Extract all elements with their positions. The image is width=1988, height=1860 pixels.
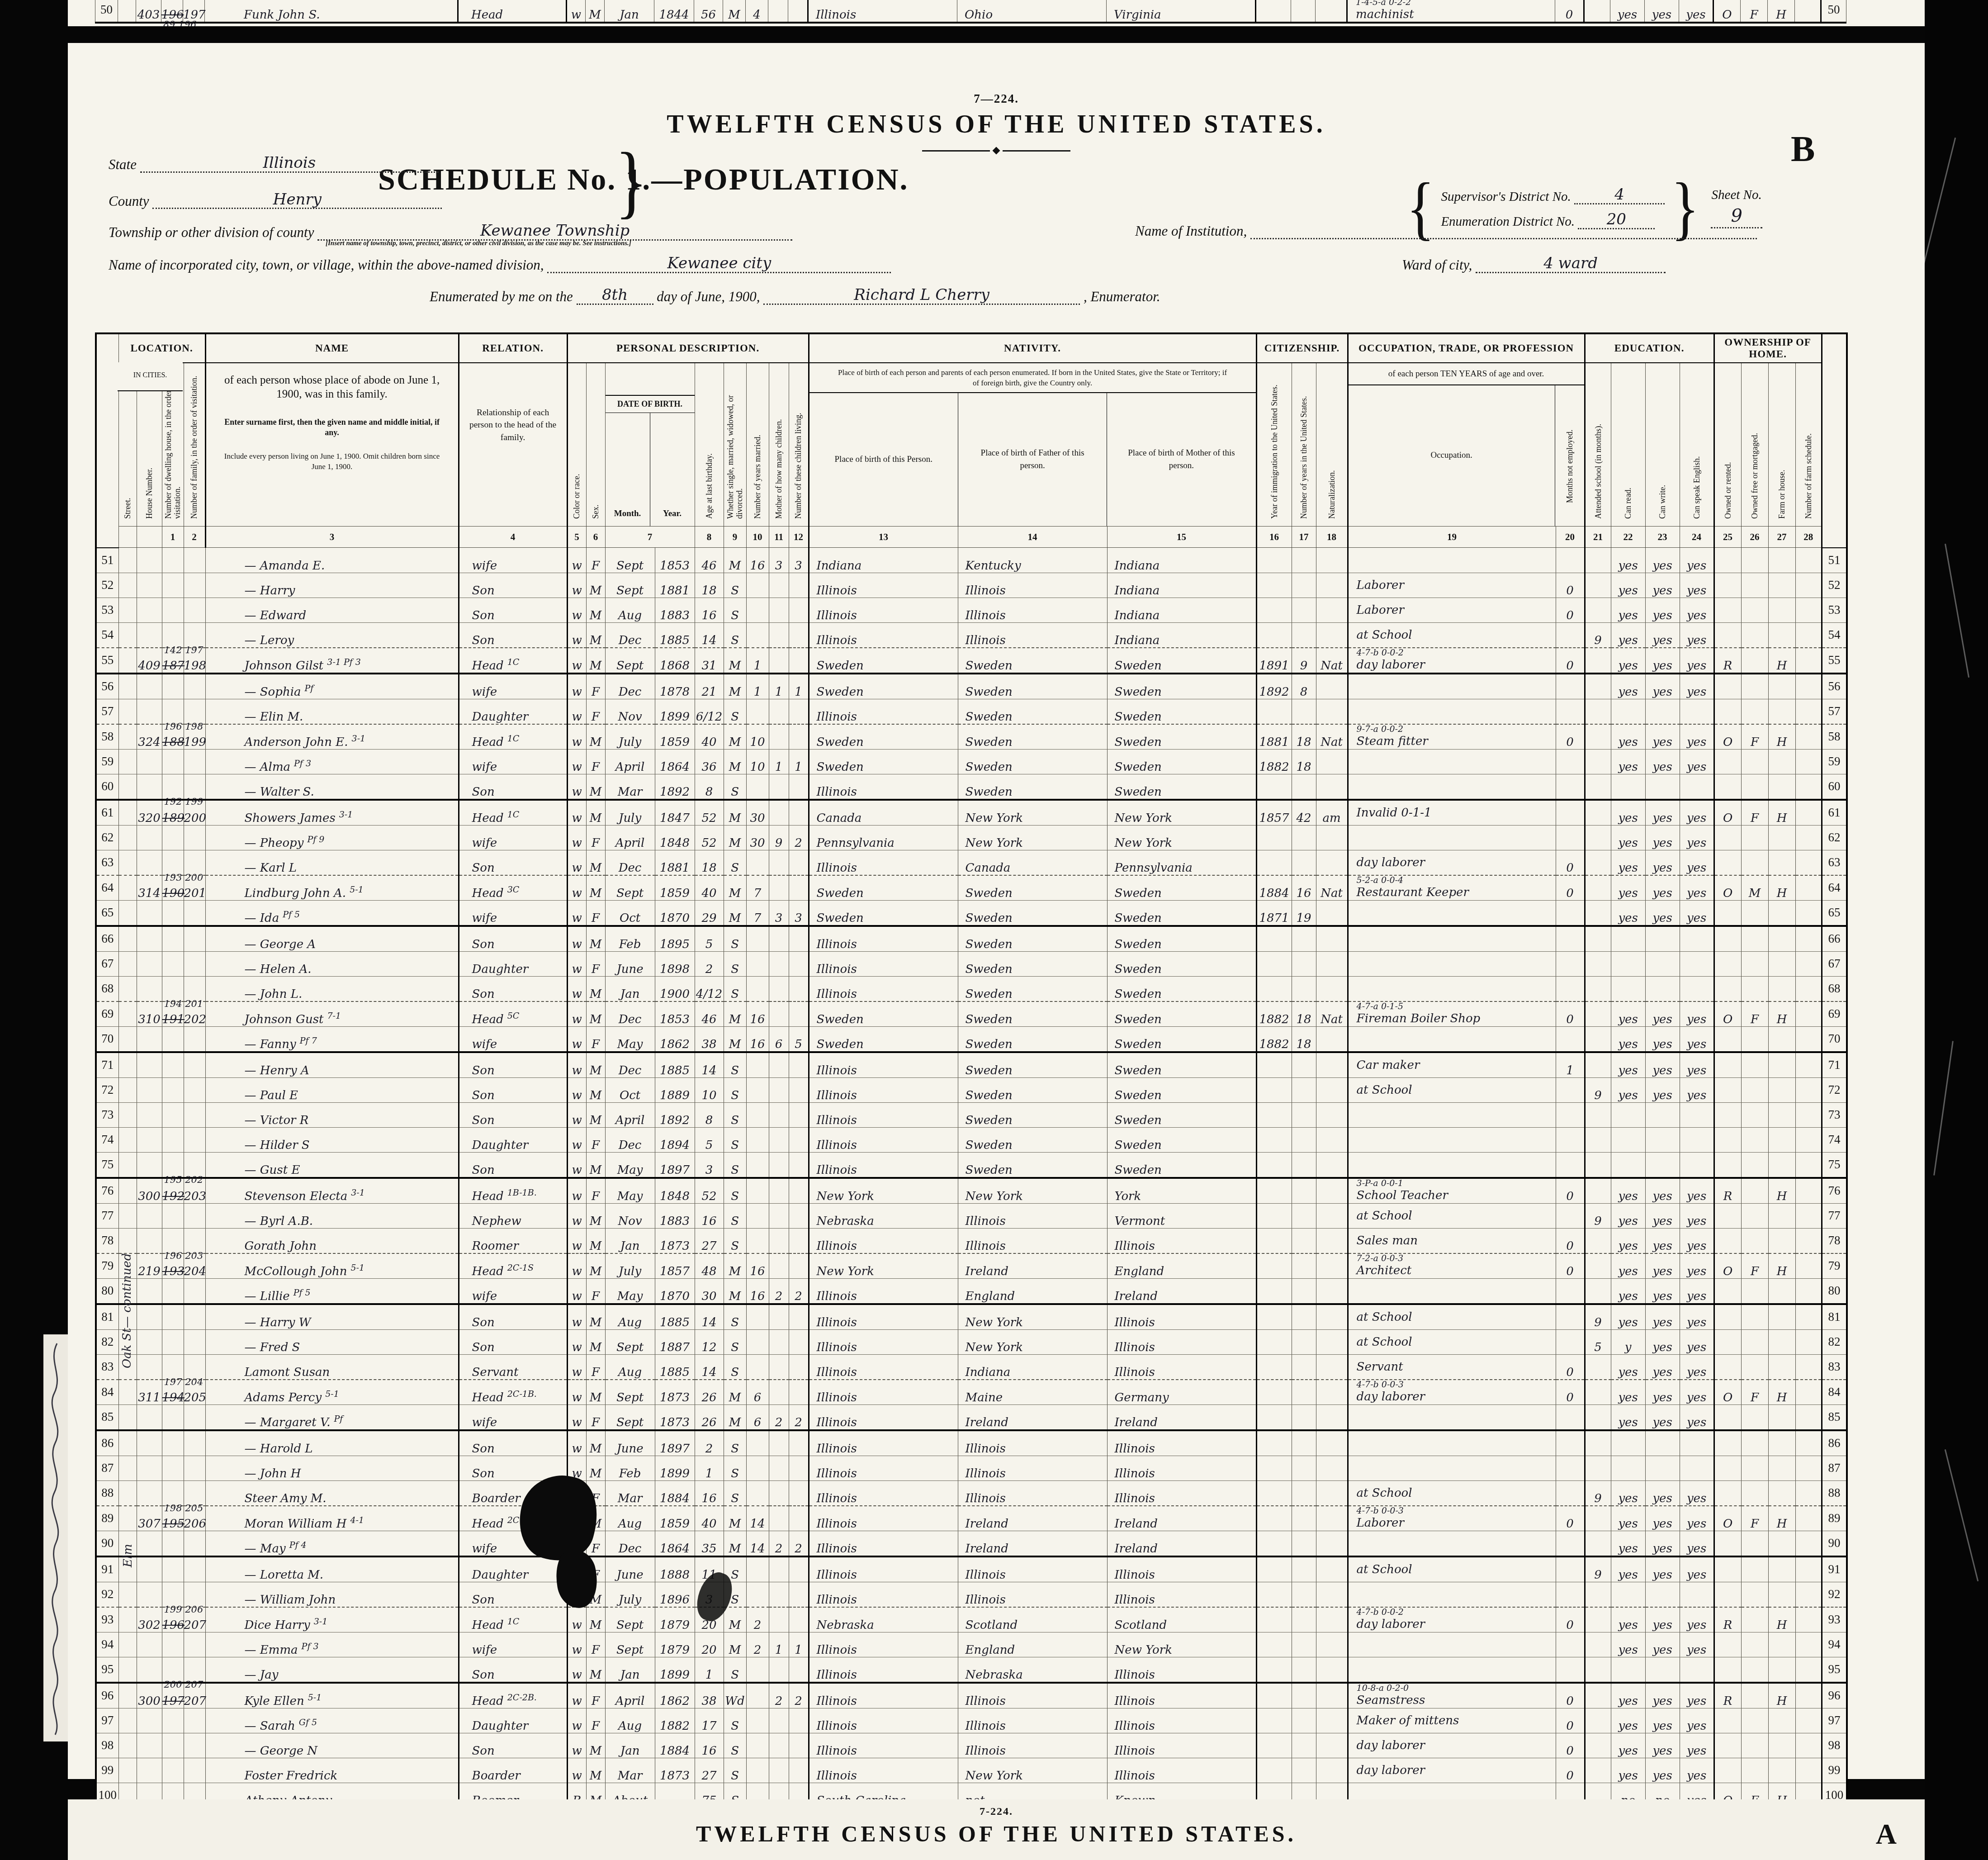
cell-children-living: [789, 1556, 809, 1582]
cell-children-living: [789, 724, 809, 750]
cell-can-write: yes: [1645, 1632, 1680, 1657]
row-number-right: 99: [1822, 1758, 1847, 1783]
cell-owned-rented: O: [1714, 1001, 1741, 1027]
cell-school-months: [1585, 1152, 1611, 1178]
cell-birthplace-person: Illinois: [809, 1632, 958, 1657]
cell-street: [118, 598, 137, 622]
cell-can-speak-english: yes: [1680, 1228, 1714, 1253]
colnum-4: 4: [459, 527, 567, 548]
cell-marital-status: S: [724, 1354, 746, 1380]
cell-owned-free-mortgaged: [1741, 1531, 1768, 1556]
cell-name: Steer Amy M.: [205, 1480, 459, 1506]
cell-birthplace-father: New York: [958, 1304, 1107, 1330]
cell-naturalization: [1316, 850, 1348, 875]
previous-sheet-row-table: 5040389 196196197Funk John S.HeadwMJan18…: [95, 0, 1846, 24]
cell-farm-house: H: [1768, 1001, 1795, 1027]
cell-birth-year: 1885: [655, 1304, 695, 1330]
cell-birth-month: July: [605, 1253, 655, 1279]
cell-farm-house: [1768, 1708, 1795, 1733]
cell-birthplace-mother: Indiana: [1107, 548, 1256, 573]
cell-naturalization: [1316, 1329, 1348, 1354]
cell-birth-year: 1862: [655, 1026, 695, 1052]
cell-naturalization: [1316, 1657, 1348, 1683]
next-sheet-letter: A: [1876, 1817, 1897, 1851]
cell-age: 52: [695, 825, 724, 850]
cell-mother-of-children: 6: [769, 1026, 789, 1052]
cell-marital-status: M: [724, 825, 746, 850]
cell-birth-year: 1883: [655, 1203, 695, 1228]
cell-owned-rented: O: [1714, 724, 1741, 750]
cell-naturalization: [1316, 1480, 1348, 1506]
cell-dwelling-number: 193 200: [162, 850, 184, 875]
cell-birthplace-person: Illinois: [809, 1077, 958, 1102]
cell-marital-status: S: [724, 699, 746, 724]
cell-house-number: [137, 825, 162, 850]
cell-name: — George N: [205, 1733, 459, 1758]
cell-birthplace-person: Illinois: [809, 951, 958, 976]
cell-owned-free-mortgaged: [1741, 774, 1768, 800]
cell-family-number: [184, 1127, 205, 1152]
cell-marital-status: S: [724, 1480, 746, 1506]
cell-name: — Byrl A.B.: [205, 1203, 459, 1228]
cell-relation: Son: [459, 598, 567, 622]
cell-birthplace-mother: Sweden: [1107, 1102, 1256, 1127]
cell-dwelling-number: [162, 951, 184, 976]
cell-can-read: yes: [1611, 1278, 1645, 1304]
cell-children-living: 2: [789, 1404, 809, 1430]
cell-can-speak-english: yes: [1680, 1556, 1714, 1582]
cell-family-number: [184, 1329, 205, 1354]
cell-birth-month: July: [605, 800, 655, 826]
cell-dwelling-number: [162, 674, 184, 699]
cell-farm-house: [1768, 1758, 1795, 1783]
cell-farm-schedule: [1795, 825, 1822, 850]
cell-street: [118, 622, 137, 648]
cell-naturalization: [1316, 926, 1348, 952]
cell-farm-house: [1768, 926, 1795, 952]
cell-relation: Head2C-2B.: [459, 1683, 567, 1708]
cell-years-married: [746, 1354, 769, 1380]
row-number-right: 73: [1822, 1102, 1847, 1127]
cell-family-number: [184, 1203, 205, 1228]
cell-birth-year: 1848: [655, 1178, 695, 1204]
cell-years-married: [746, 699, 769, 724]
cell-dwelling-number: [162, 1404, 184, 1430]
cell-naturalization: [1316, 774, 1348, 800]
cell-age: 1: [695, 1456, 724, 1480]
cell-can-read: yes: [1611, 1178, 1645, 1204]
cell-children-living: [789, 1102, 809, 1127]
cell-can-write: yes: [1645, 1203, 1680, 1228]
cell-birthplace-mother: Illinois: [1107, 1556, 1256, 1582]
cell-birthplace-person: Illinois: [809, 976, 958, 1001]
cell-age: 26: [695, 1380, 724, 1405]
cell-farm-schedule: [1795, 1733, 1822, 1758]
cell-color-race: w: [567, 724, 586, 750]
table-row: 5040389 196196197Funk John S.HeadwMJan18…: [95, 0, 1846, 23]
cell-house-number: [137, 1026, 162, 1052]
cell-can-write: yes: [1645, 1001, 1680, 1027]
cell-house-number: 409: [137, 648, 162, 674]
cell-sex: F: [586, 1026, 605, 1052]
cell-owned-free-mortgaged: [1741, 1228, 1768, 1253]
cell-farm-schedule: [1795, 800, 1822, 826]
cell-street: [118, 699, 137, 724]
cell-age: 2: [695, 1430, 724, 1456]
cell-birth-month: Aug: [605, 598, 655, 622]
cell-occupation: 4-7-b 0-0-2day laborer: [1348, 648, 1556, 674]
cell-can-write: yes: [1645, 749, 1680, 774]
col-immigration-year: Year of immigration to the United States…: [1256, 363, 1292, 527]
colnum-6: 6: [586, 527, 605, 548]
cell-children-living: [789, 1178, 809, 1204]
cell-can-read: yes: [1611, 648, 1645, 674]
cell-house-number: [137, 900, 162, 926]
cell-birth-month: April: [605, 749, 655, 774]
cell-name: — AlmaPf 3: [205, 749, 459, 774]
cell-farm-schedule: [1795, 774, 1822, 800]
cell-birth-year: 1885: [655, 1354, 695, 1380]
table-row: 66— George ASonwMFeb18955SIllinoisSweden…: [96, 926, 1847, 952]
cell-can-speak-english: yes: [1680, 622, 1714, 648]
cell-farm-house: H: [1768, 1683, 1795, 1708]
colnum-1: 1: [162, 527, 184, 548]
cell-farm-house: H: [1768, 875, 1795, 901]
table-row: 93302196207Dice Harry3-1Head1CwMSept1879…: [96, 1607, 1847, 1632]
cell-color-race: w: [567, 1026, 586, 1052]
cell-years-married: [746, 1203, 769, 1228]
cell-can-write: yes: [1645, 724, 1680, 750]
cell-street: [118, 648, 137, 674]
cell-birth-month: Dec: [605, 622, 655, 648]
table-row: 54142 197— LeroySonwMDec188514SIllinoisI…: [96, 622, 1847, 648]
cell-street: [118, 724, 137, 750]
row-number-left: 99: [96, 1758, 118, 1783]
cell-mother-of-children: [769, 699, 789, 724]
cell-immigration-year: [1256, 1404, 1292, 1430]
cell-birthplace-person: Illinois: [809, 1380, 958, 1405]
cell-occupation: 9-7-a 0-0-2Steam fitter: [1348, 724, 1556, 750]
cell-owned-rented: [1714, 1052, 1741, 1078]
cell-children-living: [789, 1203, 809, 1228]
cell-months-unemployed: 0: [1556, 1380, 1585, 1405]
cell-can-write: yes: [1645, 598, 1680, 622]
cell-years-in-us: [1292, 1354, 1316, 1380]
cell-owned-rented: [1714, 1077, 1741, 1102]
cell-name: — FannyPf 7: [205, 1026, 459, 1052]
cell-sex: M: [586, 800, 605, 826]
table-row: 55409187198Johnson Gilst3-1 Pf 3Head1CwM…: [96, 648, 1847, 674]
cell-birthplace-mother: Vermont: [1107, 1203, 1256, 1228]
cell-birthplace-person: Illinois: [809, 850, 958, 875]
cell-birth-month: Aug: [605, 1506, 655, 1531]
cell-age: 18: [695, 573, 724, 598]
cell-owned-free-mortgaged: [1741, 1278, 1768, 1304]
cell-can-write: [1645, 1152, 1680, 1178]
cell-name: — Jay: [205, 1657, 459, 1683]
row-number-left: 68: [96, 976, 118, 1001]
cell-house-number: [137, 1430, 162, 1456]
table-row: 63193 200— Karl LSonwMDec188118SIllinois…: [96, 850, 1847, 875]
cell-mother-of-children: 2: [769, 1404, 789, 1430]
cell-can-speak-english: yes: [1680, 900, 1714, 926]
cell-relation: Son: [459, 1102, 567, 1127]
cell-farm-schedule: [1795, 926, 1822, 952]
cell-occupation: Invalid 0-1-1: [1348, 800, 1556, 826]
cell-children-living: [789, 1127, 809, 1152]
table-row: 86— Harold LSonwMJune18972SIllinoisIllin…: [96, 1430, 1847, 1456]
table-row: 92199 206— William JohnSonwMJuly18963SIl…: [96, 1582, 1847, 1607]
cell-years-in-us: [1292, 926, 1316, 952]
cell-months-unemployed: 0: [1556, 1354, 1585, 1380]
cell-children-living: [789, 573, 809, 598]
cell-can-read: [1611, 926, 1645, 952]
cell-owned-free-mortgaged: [1741, 1304, 1768, 1330]
cell-can-read: [1611, 976, 1645, 1001]
cell-dwelling-number: [162, 1102, 184, 1127]
cell-children-living: [789, 1430, 809, 1456]
table-row: 58324188199Anderson John E.3-1Head1CwMJu…: [96, 724, 1847, 750]
cell-children-living: 1: [789, 1632, 809, 1657]
row-number-right: 75: [1822, 1152, 1847, 1178]
cell-birth-year: 1892: [655, 774, 695, 800]
cell-owned-rented: [1714, 774, 1741, 800]
cell-farm-house: [1768, 1127, 1795, 1152]
cell-can-read: yes: [1611, 1556, 1645, 1582]
cell-relation: Son: [459, 774, 567, 800]
cell-house-number: 300: [137, 1178, 162, 1204]
cell-farm-schedule: [1795, 1380, 1822, 1405]
cell-children-living: [789, 1506, 809, 1531]
cell-relation: Head5C: [459, 1001, 567, 1027]
cell-immigration-year: [1256, 850, 1292, 875]
cell-months-unemployed: [1556, 548, 1585, 573]
row-number-right: 58: [1822, 724, 1847, 750]
cell-house-number: [137, 951, 162, 976]
cell-color-race: w: [567, 1152, 586, 1178]
cell-birth-month: Mar: [605, 1480, 655, 1506]
cell-name: — IdaPf 5: [205, 900, 459, 926]
row-number-left: 83: [96, 1354, 118, 1380]
cell-family-number: [184, 699, 205, 724]
table-row: 97— SarahGf 5DaughterwFAug188217SIllinoi…: [96, 1708, 1847, 1733]
cell-relation: Head1C: [459, 1607, 567, 1632]
cell-sex: F: [586, 674, 605, 699]
cell-mother-of-children: [769, 1329, 789, 1354]
row-number-left: 56: [96, 674, 118, 699]
cell-school-months: [1585, 548, 1611, 573]
cell-farm-schedule: [1795, 875, 1822, 901]
cell-years-married: 16: [746, 1001, 769, 1027]
cell-color-race: w: [567, 1203, 586, 1228]
cell-age: 27: [695, 1758, 724, 1783]
cell-sex: M: [586, 622, 605, 648]
cell-mother-of-children: 2: [769, 1278, 789, 1304]
cell-family-number: [184, 1278, 205, 1304]
cell-occupation: [1348, 1026, 1556, 1052]
col-sex: Sex.: [586, 363, 605, 527]
cell-owned-rented: [1714, 622, 1741, 648]
state-county-block: State Illinois County Henry }: [109, 155, 442, 228]
cell-school-months: [1585, 573, 1611, 598]
col-farm-house: Farm or house.: [1768, 363, 1795, 527]
cell-birthplace-person: Illinois: [809, 1733, 958, 1758]
cell-years-married: [746, 1304, 769, 1330]
cell-color-race: w: [567, 1607, 586, 1632]
cell-birthplace-mother: Sweden: [1107, 1127, 1256, 1152]
cell-mother-of-children: [769, 1304, 789, 1330]
cell-birthplace-mother: Sweden: [1107, 900, 1256, 926]
row-number-left: 75: [96, 1152, 118, 1178]
cell-color-race: w: [567, 598, 586, 622]
row-number-right: 88: [1822, 1480, 1847, 1506]
cell-house-number: 219: [137, 1253, 162, 1279]
cell-farm-house: [1768, 1657, 1795, 1683]
row-number-right: 97: [1822, 1708, 1847, 1733]
cell-can-speak-english: [1680, 774, 1714, 800]
cell-house-number: [137, 926, 162, 952]
cell-relation: Head2C-1B.: [459, 1380, 567, 1405]
cell-years-married: 7: [746, 900, 769, 926]
row-number-left: 80: [96, 1278, 118, 1304]
next-page-title: TWELFTH CENSUS OF THE UNITED STATES.: [68, 1821, 1925, 1847]
cell-naturalization: [1316, 1506, 1348, 1531]
supervisor-value: 4: [1574, 187, 1665, 204]
cell-relation: Son: [459, 1304, 567, 1330]
cell-house-number: 311: [137, 1380, 162, 1405]
cell-birth-month: Sept: [605, 573, 655, 598]
cell-birthplace-father: Sweden: [958, 1127, 1107, 1152]
cell-family-number: [184, 1531, 205, 1556]
cell-farm-schedule: [1795, 699, 1822, 724]
cell-can-write: yes: [1645, 1253, 1680, 1279]
table-row: 59— AlmaPf 3wifewFApril186436M1011Sweden…: [96, 749, 1847, 774]
cell-can-speak-english: yes: [1680, 749, 1714, 774]
cell-sex: M: [586, 1733, 605, 1758]
cell-color-race: w: [567, 1632, 586, 1657]
cell-relation: Son: [459, 1733, 567, 1758]
cell-birth-month: Dec: [605, 1052, 655, 1078]
cell-owned-rented: [1714, 1758, 1741, 1783]
cell-house-number: [137, 1456, 162, 1480]
cell-age: 4/12: [695, 976, 724, 1001]
cell-months-unemployed: [1556, 1531, 1585, 1556]
cell-can-read: yes: [1611, 1506, 1645, 1531]
cell-dwelling-number: [162, 598, 184, 622]
cell-age: 21: [695, 674, 724, 699]
street-note-elm: Elm: [121, 1377, 135, 1567]
cell-occupation: day laborer: [1348, 850, 1556, 875]
cell-immigration-year: [1256, 825, 1292, 850]
cell-birth-year: 1897: [655, 1152, 695, 1178]
cell-immigration-year: [1256, 1253, 1292, 1279]
cell-farm-schedule: [1795, 1404, 1822, 1430]
cell-occupation: [1348, 1127, 1556, 1152]
cell-birthplace-person: Illinois: [809, 1278, 958, 1304]
cell-can-read: yes: [1611, 1480, 1645, 1506]
row-number-header-right: [1822, 333, 1847, 548]
cell-months-unemployed: [1556, 1582, 1585, 1607]
cell-owned-rented: [1714, 674, 1741, 699]
cell-house-number: [137, 1531, 162, 1556]
cell-school-months: [1585, 1380, 1611, 1405]
cell-age: 38: [695, 1026, 724, 1052]
cell-can-write: yes: [1645, 875, 1680, 901]
cell-birthplace-person: Pennsylvania: [809, 825, 958, 850]
cell-birthplace-mother: Sweden: [1107, 951, 1256, 976]
cell-owned-rented: [1714, 749, 1741, 774]
cell-age: 12: [695, 1329, 724, 1354]
row-number-right: 84: [1822, 1380, 1847, 1405]
cell-owned-free-mortgaged: [1741, 622, 1768, 648]
cell-school-months: [1585, 1026, 1611, 1052]
cell-naturalization: [1316, 900, 1348, 926]
cell-mother-of-children: [769, 1354, 789, 1380]
cell-birth-year: 1889: [655, 1077, 695, 1102]
cell-children-living: [789, 1228, 809, 1253]
cell-naturalization: [1316, 1026, 1348, 1052]
cell-color-race: w: [567, 0, 586, 23]
cell-farm-house: [1768, 1480, 1795, 1506]
cell-occupation: 7-2-a 0-0-3Architect: [1348, 1253, 1556, 1279]
cell-birth-year: 1873: [655, 1404, 695, 1430]
cell-sex: F: [586, 1127, 605, 1152]
cell-can-write: yes: [1645, 1683, 1680, 1708]
cell-farm-house: [1768, 1228, 1795, 1253]
cell-mother-of-children: 9: [769, 825, 789, 850]
row-number-left: 72: [96, 1077, 118, 1102]
cell-birthplace-mother: Sweden: [1107, 1052, 1256, 1078]
cell-relation: Son: [459, 1329, 567, 1354]
cell-birthplace-mother: Scotland: [1107, 1607, 1256, 1632]
cell-months-unemployed: [1556, 1026, 1585, 1052]
cell-owned-free-mortgaged: [1741, 825, 1768, 850]
cell-birthplace-person: Illinois: [809, 1480, 958, 1506]
cell-sex: F: [586, 825, 605, 850]
colnum-12: 12: [789, 527, 809, 548]
cell-occupation: at School: [1348, 1556, 1556, 1582]
cell-sex: M: [586, 1657, 605, 1683]
cell-relation: Son: [459, 622, 567, 648]
cell-birth-month: April: [605, 1683, 655, 1708]
cell-years-in-us: [1292, 1052, 1316, 1078]
cell-birthplace-father: Ireland: [958, 1506, 1107, 1531]
cell-age: 3: [695, 1152, 724, 1178]
cell-farm-house: H: [1768, 724, 1795, 750]
cell-naturalization: [1316, 1607, 1348, 1632]
cell-children-living: 3: [789, 900, 809, 926]
cell-house-number: [137, 598, 162, 622]
row-number-right: 98: [1822, 1733, 1847, 1758]
cell-age: 30: [695, 1278, 724, 1304]
col-birthplace-person: Place of birth of this Person.: [809, 393, 958, 526]
cell-sex: M: [586, 1203, 605, 1228]
cell-birthplace-father: Sweden: [958, 724, 1107, 750]
row-number-right: 68: [1822, 976, 1847, 1001]
cell-owned-free-mortgaged: [1741, 1203, 1768, 1228]
cell-can-write: yes: [1645, 0, 1679, 23]
cell-street: [118, 800, 137, 826]
cell-can-speak-english: yes: [1680, 598, 1714, 622]
cell-farm-schedule: [1795, 1329, 1822, 1354]
cell-months-unemployed: [1556, 1127, 1585, 1152]
cell-months-unemployed: 0: [1556, 1758, 1585, 1783]
cell-farm-house: [1768, 749, 1795, 774]
cell-sex: F: [586, 1178, 605, 1204]
cell-occupation: [1348, 1456, 1556, 1480]
cell-marital-status: S: [724, 1178, 746, 1204]
col-years-married: Number of years married.: [746, 363, 769, 527]
